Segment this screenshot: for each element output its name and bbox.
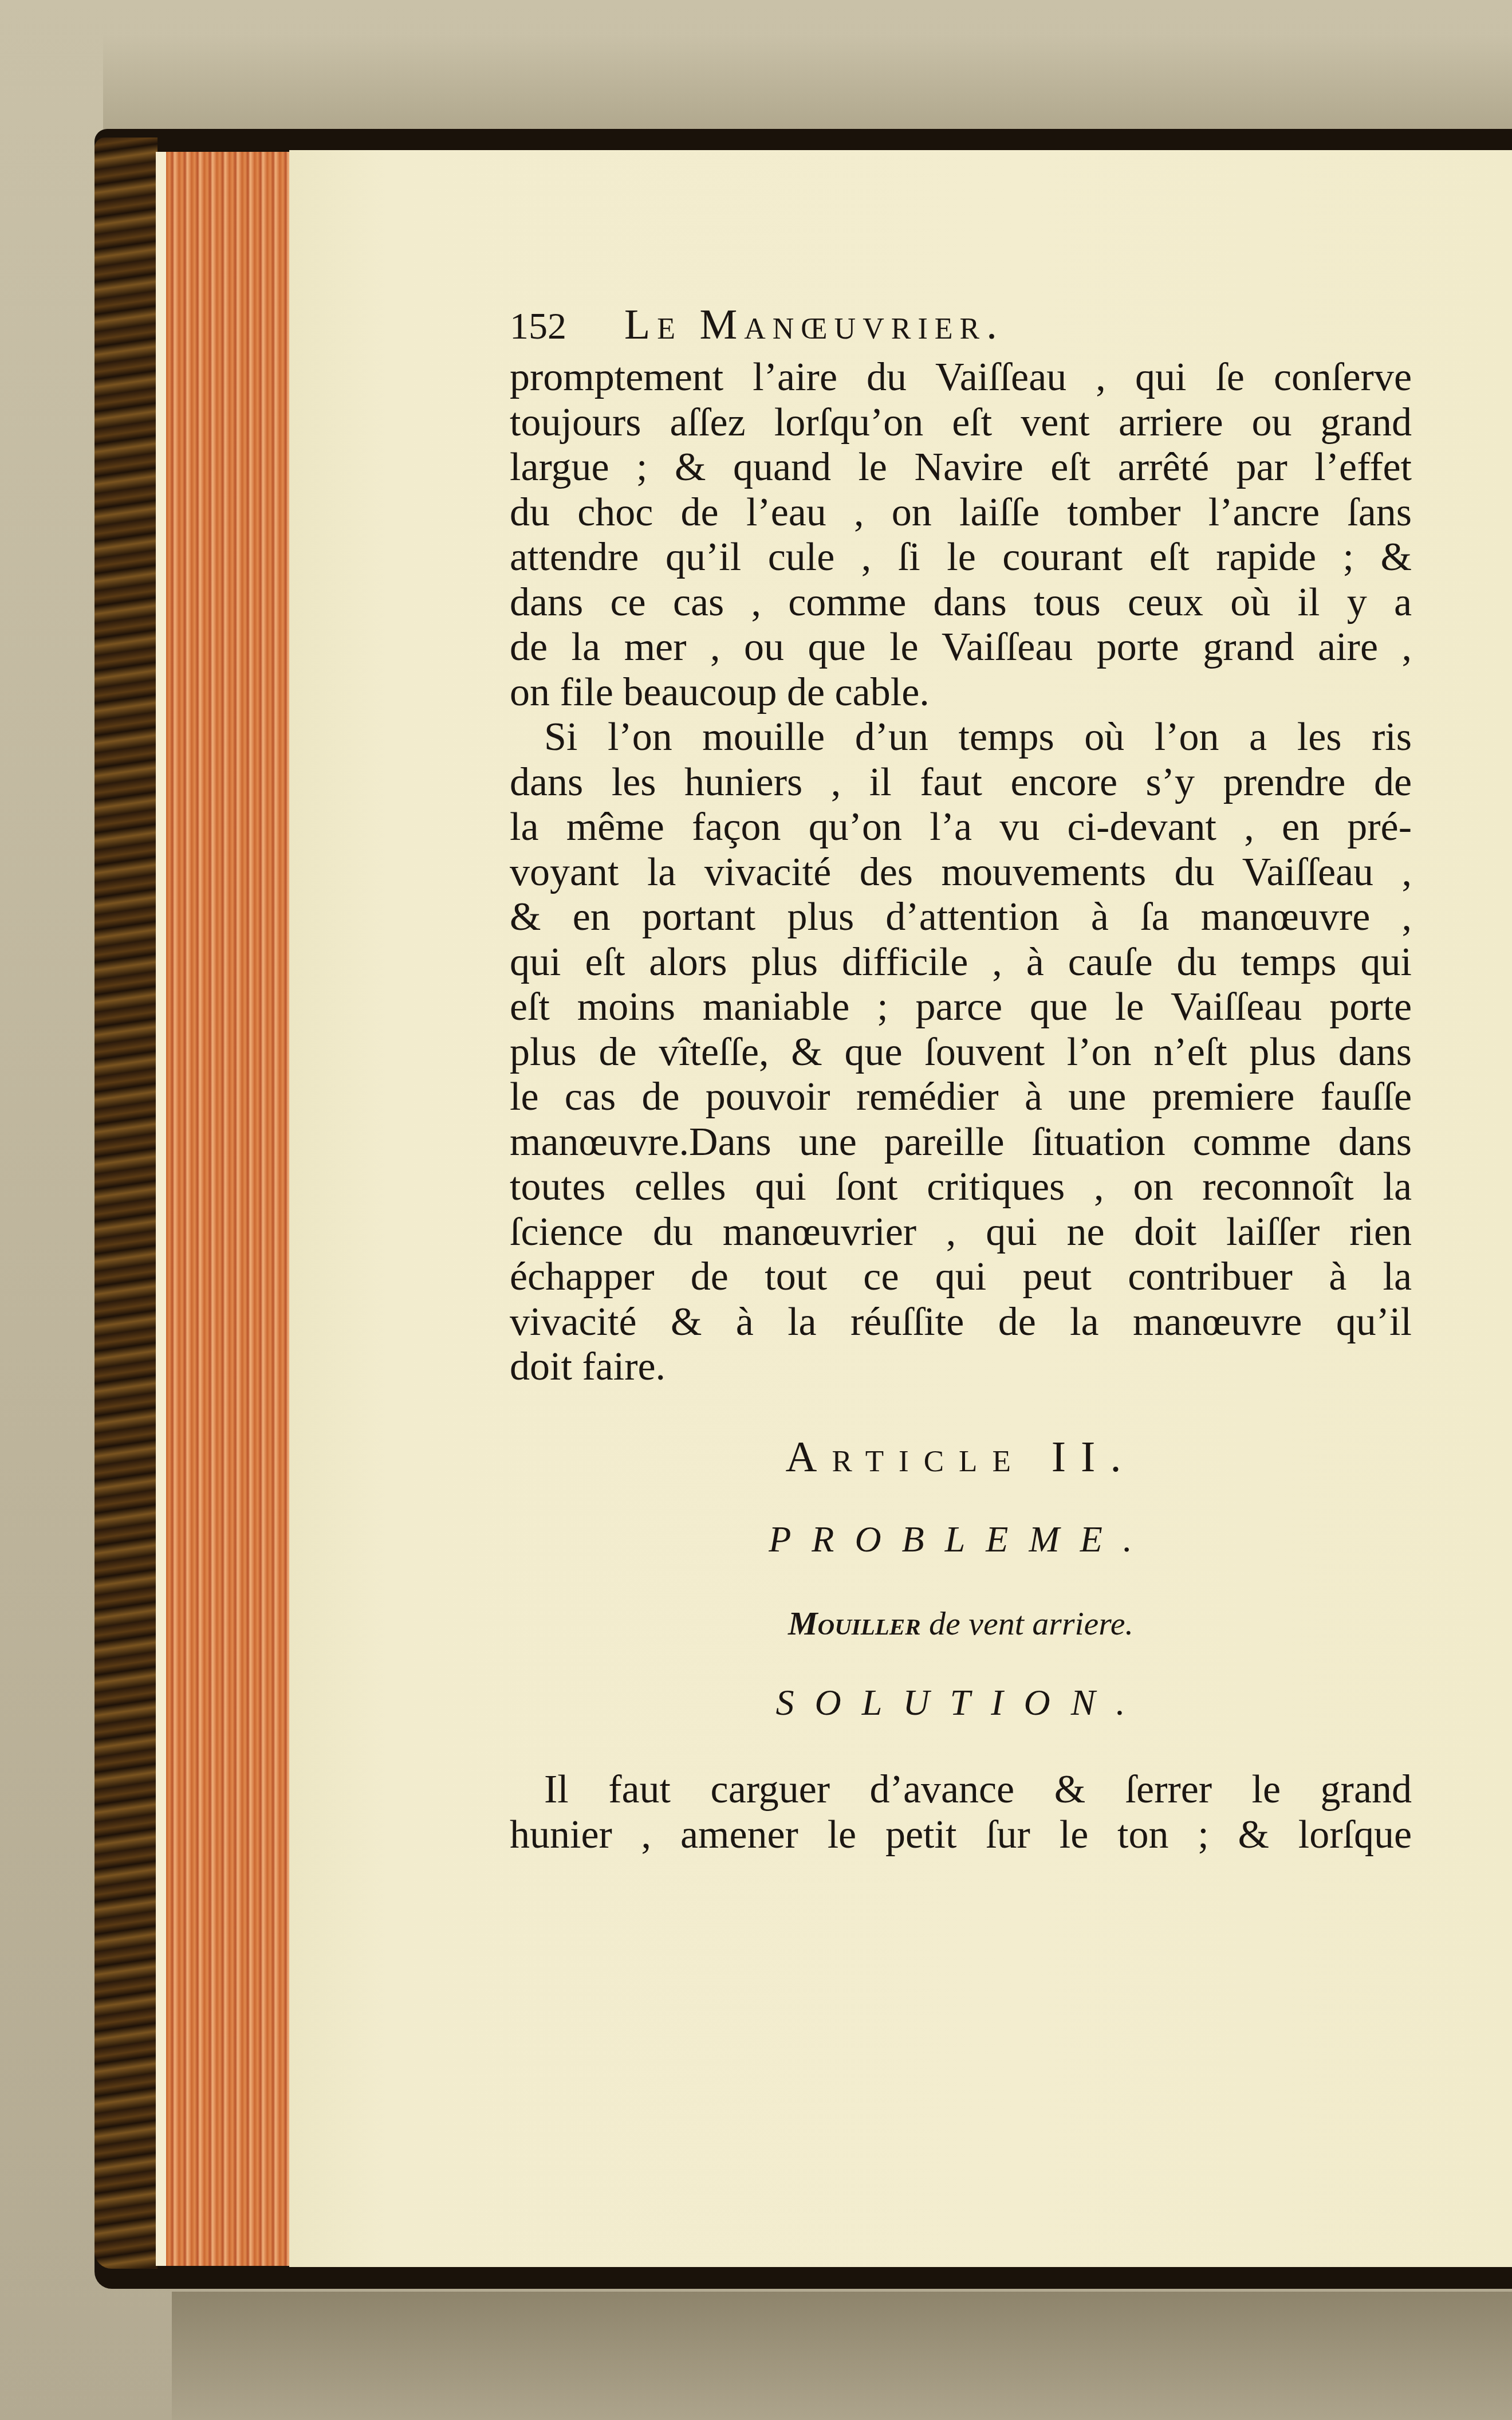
text-line: voyant la vivacité des mouvements du Vai…	[510, 850, 1412, 895]
bottom-shadow	[172, 2292, 1512, 2420]
page-number: 152	[510, 305, 624, 348]
text-line: attendre qu’il cule , ſi le courant eſt …	[510, 535, 1412, 580]
text-line: manœuvre.Dans une pareille ſituation com…	[510, 1120, 1412, 1165]
subtitle-rest: de vent arriere.	[921, 1605, 1134, 1642]
solution-heading: SOLUTION.	[510, 1682, 1412, 1724]
solution-text: Il faut carguer d’avance & ſerrer le gra…	[510, 1767, 1412, 1857]
probleme-subtitle: Mouiller de vent arriere.	[510, 1604, 1412, 1643]
text-line: & en portant plus d’attention à ſa manœu…	[510, 895, 1412, 940]
text-line: promptement l’aire du Vaiſſeau , qui ſe …	[510, 355, 1412, 400]
probleme-heading: PROBLEME.	[510, 1518, 1412, 1561]
text-line: de la mer , ou que le Vaiſſeau porte gra…	[510, 625, 1412, 670]
running-title: Le Manœuvrier.	[624, 301, 1004, 349]
text-line: eſt moins maniable ; parce que le Vaiſſe…	[510, 985, 1412, 1030]
text-line: doit faire.	[510, 1345, 1412, 1390]
text-line: largue ; & quand le Navire eſt arrêté pa…	[510, 445, 1412, 490]
text-line: la même façon qu’on l’a vu ci-devant , e…	[510, 805, 1412, 850]
text-line: toujours aſſez lorſqu’on eſt vent arrier…	[510, 400, 1412, 446]
body-text: promptement l’aire du Vaiſſeau , qui ſe …	[510, 355, 1412, 1390]
text-line: ſcience du manœuvrier , qui ne doit laiſ…	[510, 1210, 1412, 1255]
text-line: toutes celles qui ſont critiques , on re…	[510, 1165, 1412, 1210]
running-head: 152 Le Manœuvrier.	[510, 301, 1415, 352]
text-line: dans ce cas , comme dans tous ceux où il…	[510, 580, 1412, 626]
text-line: le cas de pouvoir remédier à une premier…	[510, 1075, 1412, 1120]
subtitle-caps: Mouiller	[788, 1605, 921, 1642]
text-line: on file beaucoup de cable.	[510, 670, 1412, 716]
text-line: Si l’on mouille d’un temps où l’on a les…	[510, 715, 1412, 760]
page-edges-red-speckled	[166, 152, 292, 2266]
text-line: vivacité & à la réuſſite de la manœuvre …	[510, 1300, 1412, 1345]
text-line: échapper de tout ce qui peut contribuer …	[510, 1255, 1412, 1300]
leather-binding	[94, 137, 157, 2269]
text-line: dans les huniers , il faut encore s’y pr…	[510, 760, 1412, 806]
text-line: hunier , amener le petit ſur le ton ; & …	[510, 1813, 1412, 1858]
text-line: plus de vîteſſe, & que ſouvent l’on n’eſ…	[510, 1030, 1412, 1075]
text-line: qui eſt alors plus difficile , à cauſe d…	[510, 940, 1412, 985]
article-heading: Article II.	[510, 1432, 1412, 1482]
text-line: du choc de l’eau , on laiſſe tomber l’an…	[510, 490, 1412, 536]
text-line: Il faut carguer d’avance & ſerrer le gra…	[510, 1767, 1412, 1813]
